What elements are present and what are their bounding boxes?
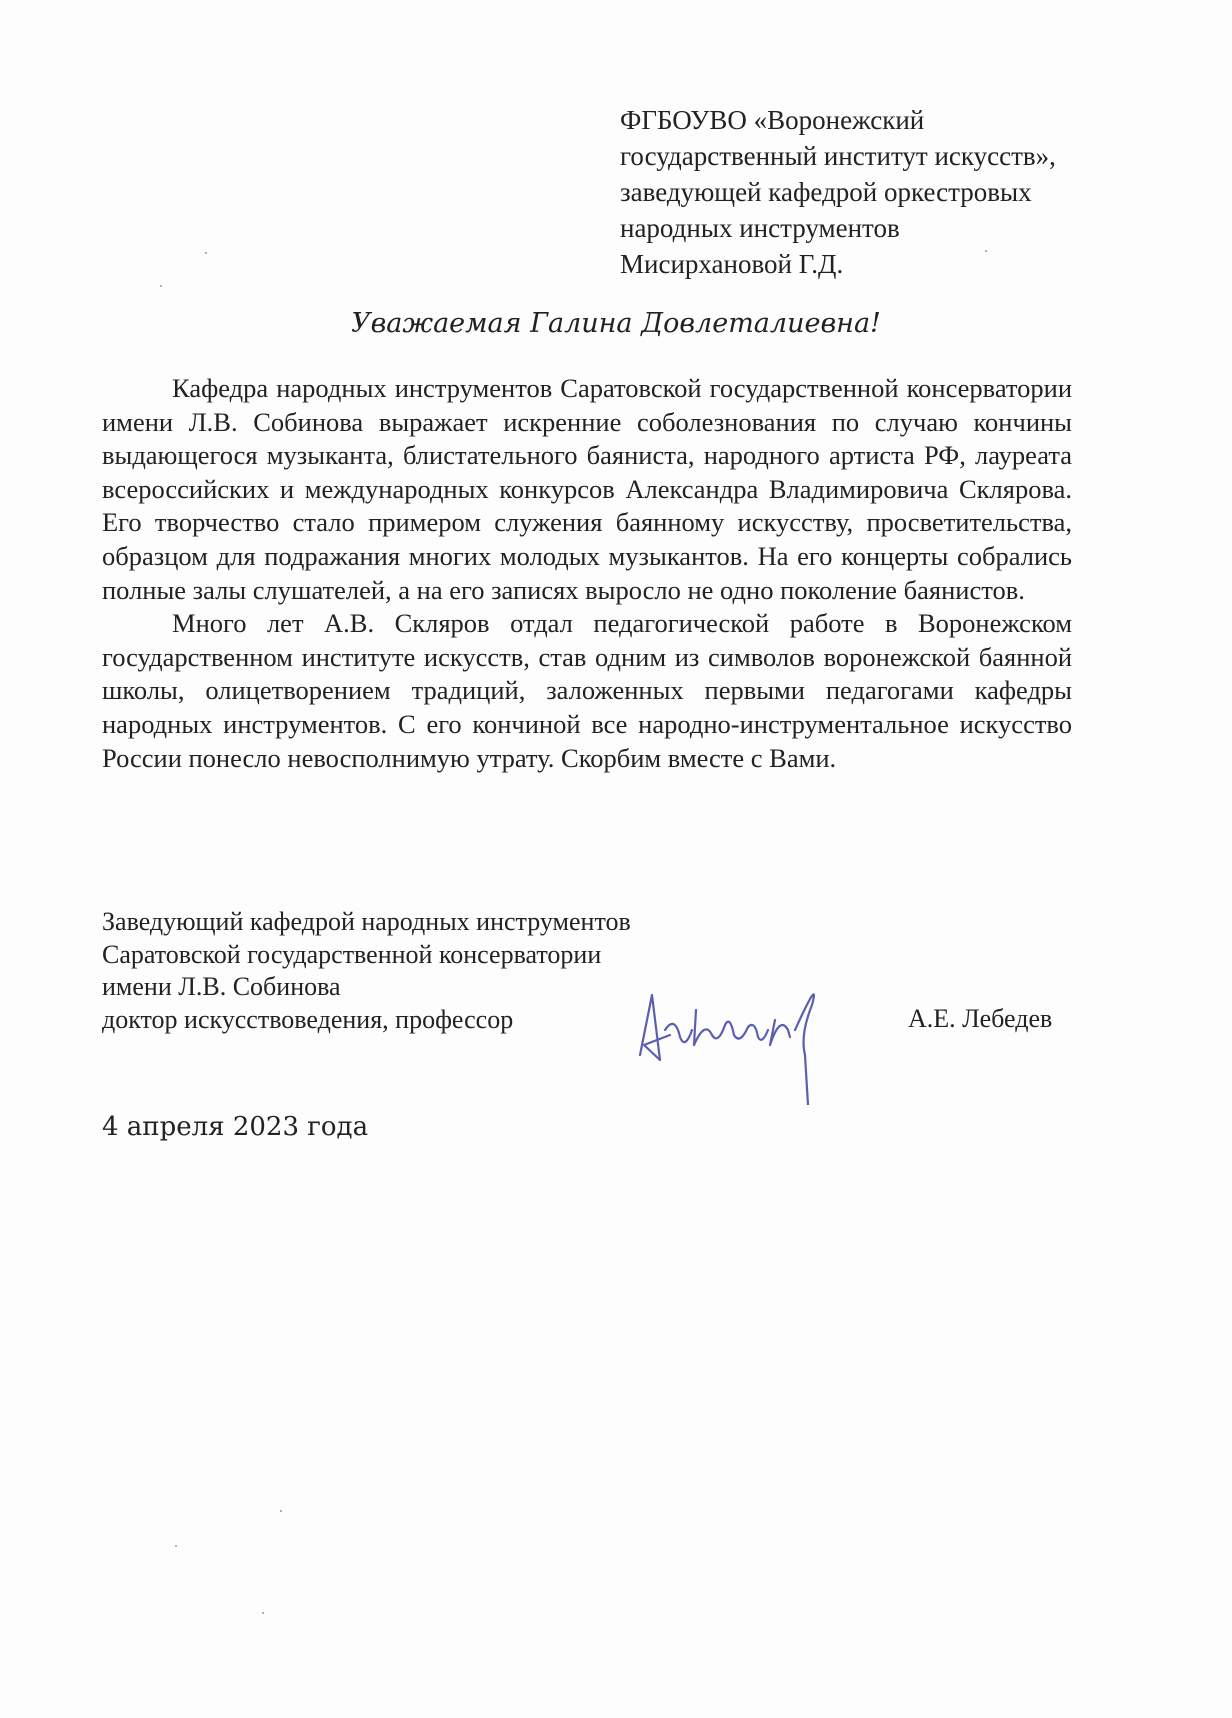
signature-block: Заведующий кафедрой народных инструменто… [102, 906, 631, 1036]
addressee-line: ФГБОУВО «Воронежский [620, 102, 1180, 138]
addressee-line: Мисирхановой Г.Д. [620, 246, 1180, 282]
scan-speck [262, 1612, 264, 1614]
handwritten-signature-icon [630, 975, 850, 1105]
letter-date: 4 апреля 2023 года [102, 1112, 368, 1142]
addressee-line: государственный институт искусств», [620, 138, 1180, 174]
scan-speck [205, 252, 207, 254]
signer-title-line: Заведующий кафедрой народных инструменто… [102, 906, 631, 939]
signer-title-line: доктор искусствоведения, профессор [102, 1004, 631, 1037]
signer-name: А.Е. Лебедев [908, 1004, 1052, 1034]
letter-page: ФГБОУВО «Воронежский государственный инс… [0, 0, 1232, 1718]
body-paragraph: Много лет А.В. Скляров отдал педагогичес… [102, 607, 1072, 775]
addressee-block: ФГБОУВО «Воронежский государственный инс… [620, 102, 1180, 282]
addressee-line: народных инструментов [620, 210, 1180, 246]
scan-speck [280, 1510, 282, 1512]
signer-title-line: имени Л.В. Собинова [102, 971, 631, 1004]
scan-speck [175, 1545, 177, 1547]
scan-speck [985, 250, 987, 252]
addressee-line: заведующей кафедрой оркестровых [620, 174, 1180, 210]
salutation: Уважаемая Галина Довлеталиевна! [0, 308, 1232, 339]
scan-speck [160, 285, 162, 287]
letter-body: Кафедра народных инструментов Саратовско… [102, 372, 1072, 775]
body-paragraph: Кафедра народных инструментов Саратовско… [102, 372, 1072, 607]
signer-title-line: Саратовской государственной консерватори… [102, 939, 631, 972]
